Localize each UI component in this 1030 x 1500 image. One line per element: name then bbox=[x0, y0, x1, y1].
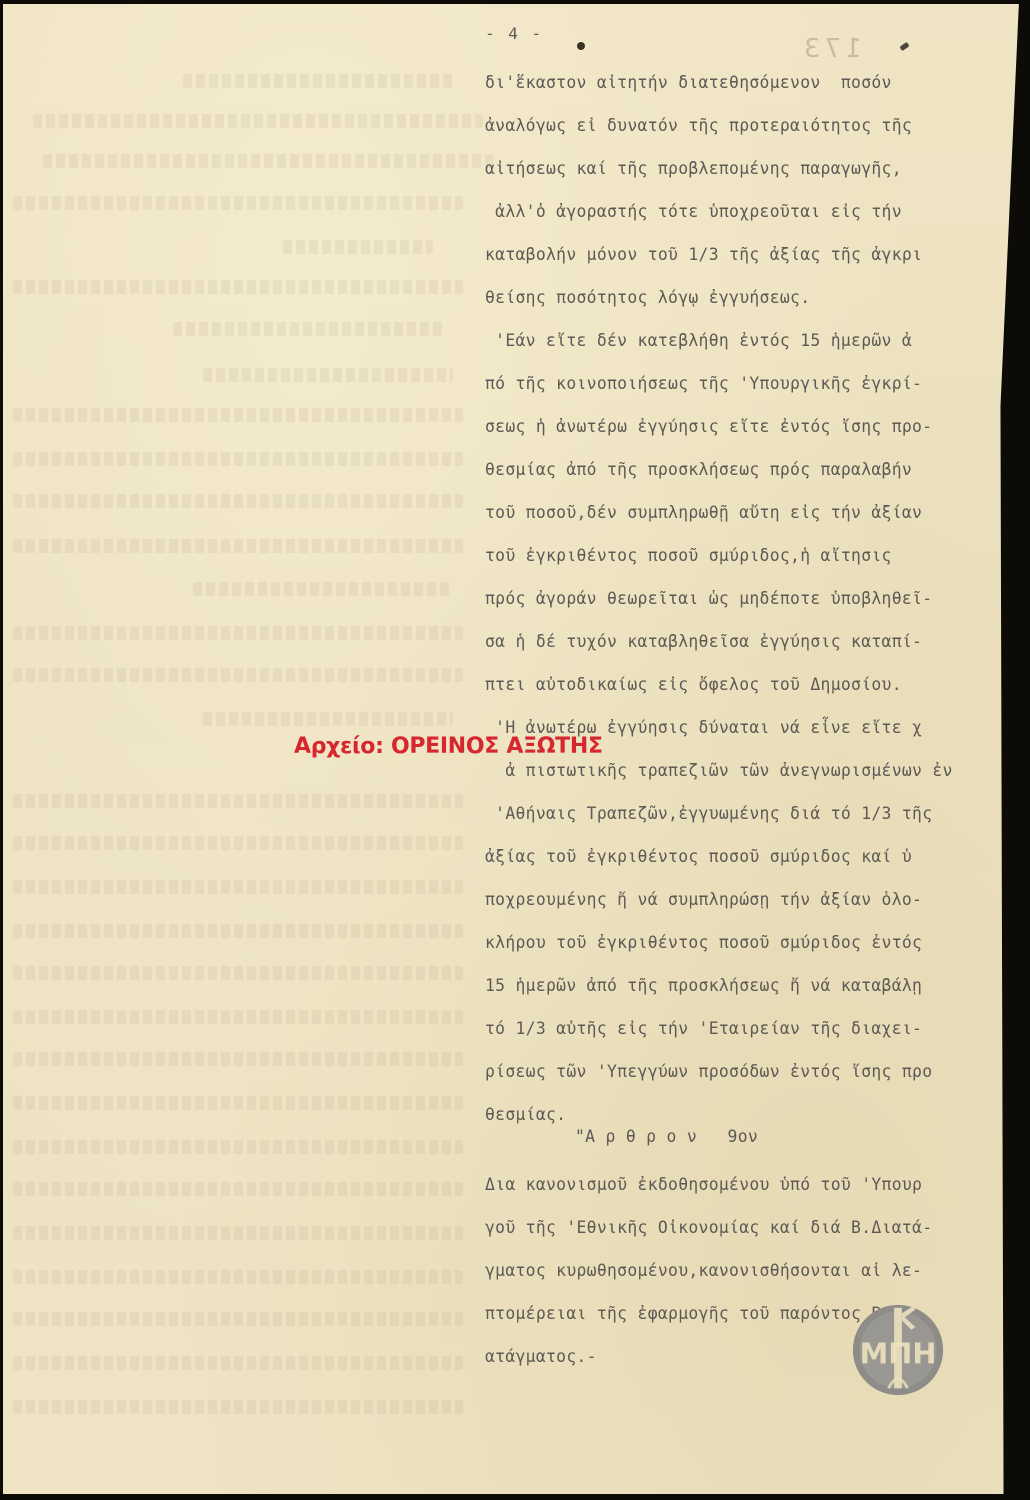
svg-text:ΜΠΗ: ΜΠΗ bbox=[860, 1336, 937, 1370]
text-line: ἀ πιστωτικῆς τραπεζιῶν τῶν ἀνεγνωρισμένω… bbox=[485, 760, 953, 782]
bleed-through-line bbox=[13, 1312, 463, 1326]
article-heading: "Α ρ θ ρ ο ν 9ον bbox=[575, 1126, 758, 1148]
text-line: θεσμίας. bbox=[485, 1104, 566, 1126]
scanned-page: - 4 - 173 δι'ἕκαστον αἰτητήν διατεθησόμε… bbox=[0, 0, 1030, 1500]
text-line: σα ἡ δέ τυχόν καταβληθεῖσα ἐγγύησις κατα… bbox=[485, 631, 922, 653]
bleed-through-line bbox=[13, 1096, 463, 1110]
bleed-through-line bbox=[13, 280, 463, 294]
bleed-through-line bbox=[13, 452, 463, 466]
text-line: δι'ἕκαστον αἰτητήν διατεθησόμενον ποσόν bbox=[485, 72, 892, 94]
text-line: πρός ἀγοράν θεωρεῖται ὡς μηδέποτε ὑποβλη… bbox=[485, 588, 932, 610]
text-line: 'Αθήναις Τραπεζῶν,ἐγγυωμένης διά τό 1/3 … bbox=[485, 803, 932, 825]
bleed-through-line bbox=[13, 1400, 463, 1414]
bleed-through-line bbox=[13, 494, 463, 508]
text-line: ἀναλόγως εἰ δυνατόν τῆς προτεραιότητος τ… bbox=[485, 115, 912, 137]
text-line: Δια κανονισμοῦ ἐκδοθησομένου ὑπό τοῦ 'Υπ… bbox=[485, 1174, 922, 1196]
text-line: θεσμίας ἀπό τῆς προσκλήσεως πρός παραλαβ… bbox=[485, 459, 912, 481]
text-line: τοῦ ἐγκριθέντος ποσοῦ σμύριδος,ἡ αἴτησις bbox=[485, 545, 892, 567]
text-line: σεως ἡ ἀνωτέρω ἐγγύησις εἴτε ἐντός ἴσης … bbox=[485, 416, 932, 438]
archive-seal-icon: ΜΠΗ bbox=[850, 1302, 946, 1398]
text-line: γοῦ τῆς 'Εθνικῆς Οἰκονομίας καί διά Β.Δι… bbox=[485, 1217, 932, 1239]
bleed-through-line bbox=[13, 1140, 463, 1154]
text-line: κλήρου τοῦ ἐγκριθέντος ποσοῦ σμύριδος ἐν… bbox=[485, 932, 922, 954]
bleed-through-line bbox=[13, 794, 463, 808]
typewritten-body: δι'ἕκαστον αἰτητήν διατεθησόμενον ποσόν … bbox=[485, 30, 1025, 657]
bleed-through-line bbox=[13, 1010, 463, 1024]
text-line: 15 ἡμερῶν ἀπό τῆς προσκλήσεως ἤ νά καταβ… bbox=[485, 975, 922, 997]
bleed-through-line bbox=[13, 626, 463, 640]
text-line: τό 1/3 αὐτῆς εἰς τήν 'Εταιρείαν τῆς διαχ… bbox=[485, 1018, 922, 1040]
bleed-through-line bbox=[203, 712, 453, 726]
bleed-through-line bbox=[283, 240, 433, 254]
bleed-through-line bbox=[173, 322, 443, 336]
bleed-through-line bbox=[203, 368, 453, 382]
bleed-through-line bbox=[183, 74, 453, 88]
text-line: θείσης ποσότητος λόγῳ ἐγγυήσεως. bbox=[485, 287, 810, 309]
bleed-through-line bbox=[13, 196, 463, 210]
bleed-through-line bbox=[13, 1052, 463, 1066]
bleed-through-line bbox=[13, 1356, 463, 1370]
text-line: τοῦ ποσοῦ,δέν συμπληρωθῇ αὔτη εἰς τήν ἀξ… bbox=[485, 502, 922, 524]
bleed-through-line bbox=[13, 1270, 463, 1284]
bleed-through-line bbox=[13, 1182, 463, 1196]
bleed-through-line bbox=[13, 408, 463, 422]
text-line: αἰτήσεως καί τῆς προβλεπομένης παραγωγῆς… bbox=[485, 158, 902, 180]
text-line: ατάγματος.- bbox=[485, 1346, 597, 1368]
bleed-through-line bbox=[33, 114, 483, 128]
bleed-through-line bbox=[13, 1226, 463, 1240]
text-line: ἀξίας τοῦ ἐγκριθέντος ποσοῦ σμύριδος καί… bbox=[485, 846, 912, 868]
text-line: καταβολήν μόνον τοῦ 1/3 τῆς ἀξίας τῆς ἀγ… bbox=[485, 244, 922, 266]
text-line: πτει αὐτοδικαίως εἰς ὄφελος τοῦ Δημοσίου… bbox=[485, 674, 902, 696]
archive-watermark: Αρχείο: ΟΡΕΙΝΟΣ ΑΞΩΤΗΣ bbox=[294, 734, 603, 759]
text-line: ἀλλ'ὁ ἀγοραστής τότε ὑποχρεοῦται εἰς τήν bbox=[485, 201, 902, 223]
bleed-through-line bbox=[13, 880, 463, 894]
bleed-through-line bbox=[13, 668, 463, 682]
bleed-through-line bbox=[43, 154, 493, 168]
bleed-through-line bbox=[193, 582, 453, 596]
bleed-through-line bbox=[13, 539, 463, 553]
bleed-through-line bbox=[13, 924, 463, 938]
text-line: γματος κυρωθησομένου,κανονισθήσονται αἱ … bbox=[485, 1260, 922, 1282]
bleed-through-line bbox=[13, 966, 463, 980]
text-line: πό τῆς κοινοποιήσεως τῆς 'Υπουργικῆς ἐγκ… bbox=[485, 373, 922, 395]
text-line: ποχρεουμένης ἤ νά συμπληρώσῃ τήν ἀξίαν ὁ… bbox=[485, 889, 922, 911]
text-line: 'Εάν εἴτε δέν κατεβλήθη ἐντός 15 ἡμερῶν … bbox=[485, 330, 912, 352]
bleed-through-line bbox=[13, 836, 463, 850]
text-line: ρίσεως τῶν 'Υπεγγύων προσόδων ἐντός ἴσης… bbox=[485, 1061, 932, 1083]
